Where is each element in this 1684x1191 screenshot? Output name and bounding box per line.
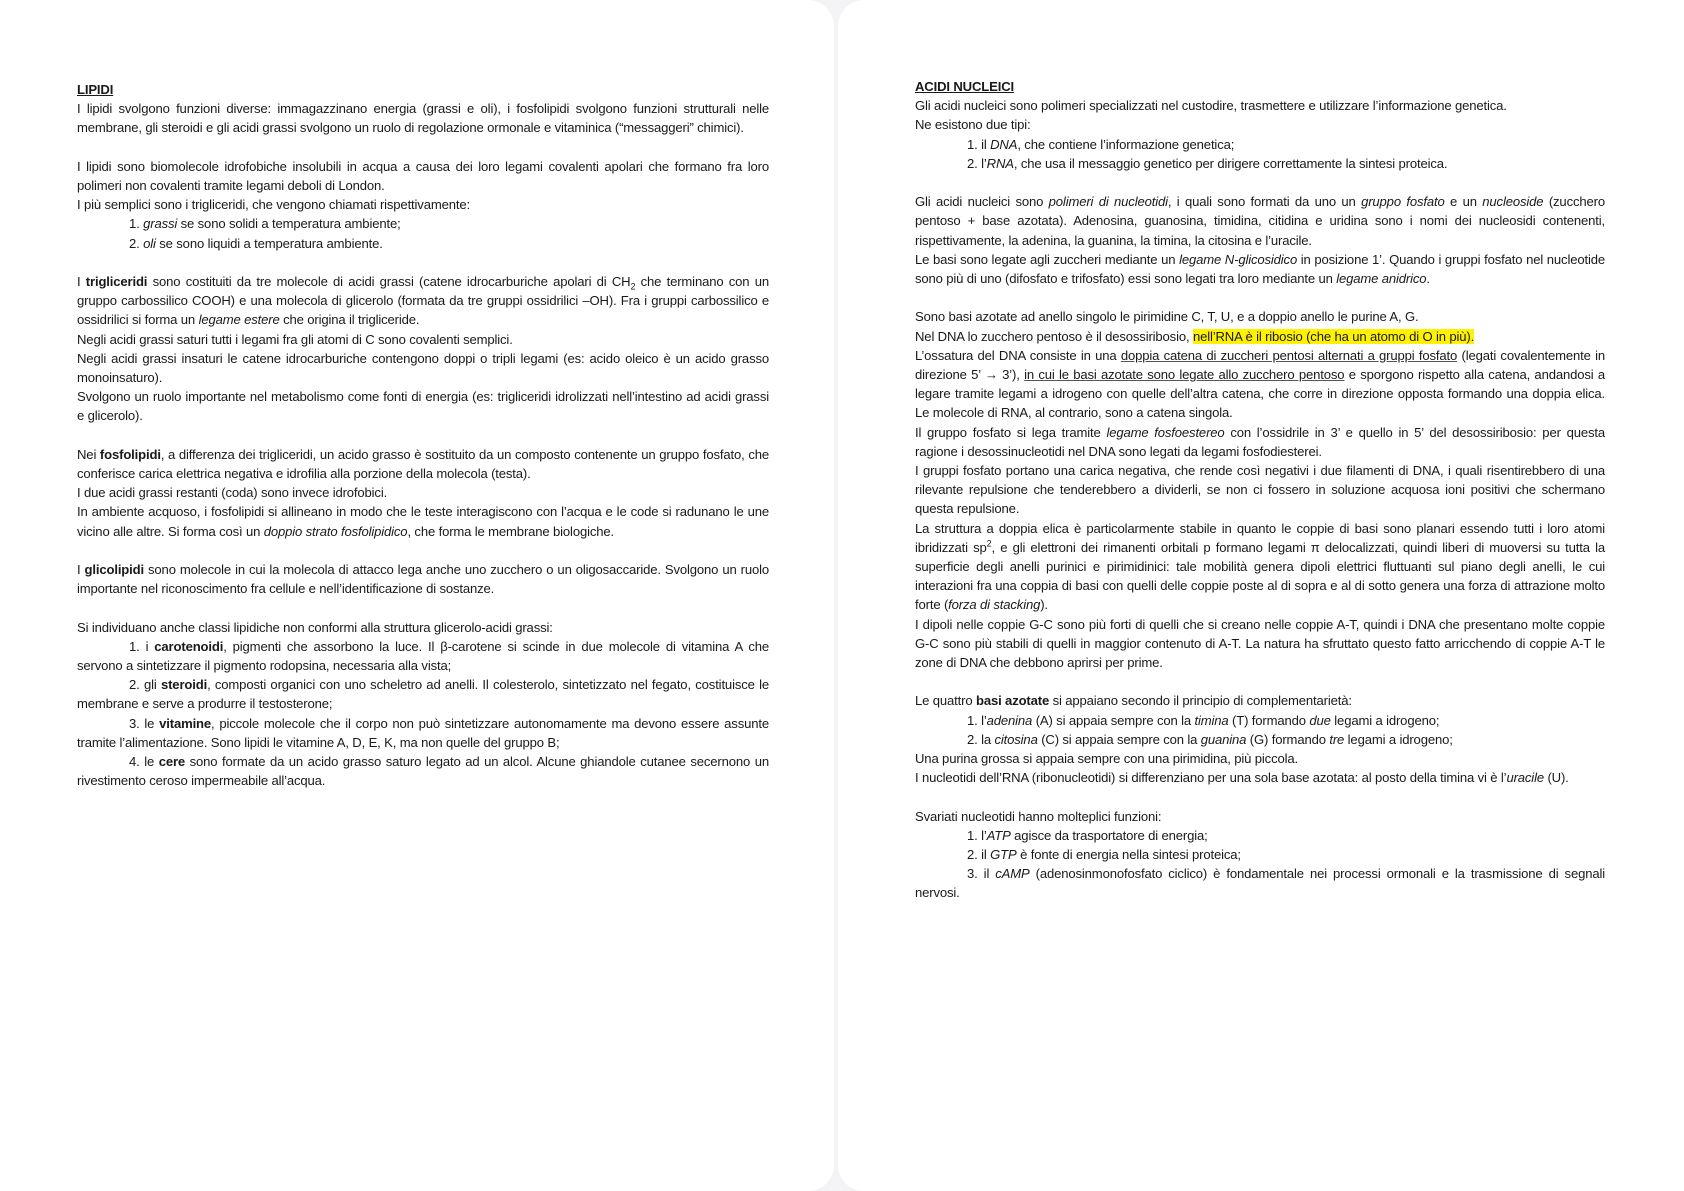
paragraph-classi-intro: Si individuano anche classi lipidiche no… xyxy=(77,618,769,637)
paragraph-coda: I due acidi grassi restanti (coda) sono … xyxy=(77,483,769,502)
list-item-cere: 4. le cere sono formate da un acido gras… xyxy=(77,752,769,790)
list-item-adenina: 1. l’adenina (A) si appaia sempre con la… xyxy=(915,711,1605,730)
list-item-steroidi: 2. gli steroidi, composti organici con u… xyxy=(77,675,769,713)
paragraph-saturi: Negli acidi grassi saturi tutti i legami… xyxy=(77,330,769,349)
paragraph-insaturi: Negli acidi grassi insaturi le catene id… xyxy=(77,349,769,387)
paragraph-uracile: I nucleotidi dell’RNA (ribonucleotidi) s… xyxy=(915,768,1605,787)
paragraph-funzioni-intro: Svariati nucleotidi hanno molteplici fun… xyxy=(915,807,1605,826)
paragraph-stabilita: La struttura a doppia elica è particolar… xyxy=(915,519,1605,615)
paragraph-semplici: I più semplici sono i trigliceridi, che … xyxy=(77,195,769,214)
document-page-right: ACIDI NUCLEICI Gli acidi nucleici sono p… xyxy=(838,0,1684,1191)
paragraph-glicolipidi: I glicolipidi sono molecole in cui la mo… xyxy=(77,560,769,598)
section-title-lipidi: LIPIDI xyxy=(77,80,769,99)
page-content: ACIDI NUCLEICI Gli acidi nucleici sono p… xyxy=(915,77,1605,903)
list-item-vitamine: 3. le vitamine, piccole molecole che il … xyxy=(77,714,769,752)
list-item-camp: 3. il cAMP (adenosinmonofosfato ciclico)… xyxy=(915,864,1605,902)
list-item-citosina: 2. la citosina (C) si appaia sempre con … xyxy=(915,730,1605,749)
paragraph-intro: I lipidi svolgono funzioni diverse: imma… xyxy=(77,99,769,137)
list-item-dna: 1. il DNA, che contiene l’informazione g… xyxy=(915,135,1605,154)
paragraph-fosfolipidi: Nei fosfolipidi, a differenza dei trigli… xyxy=(77,445,769,483)
paragraph-idrofobiche: I lipidi sono biomolecole idrofobiche in… xyxy=(77,157,769,195)
list-item-atp: 1. l’ATP agisce da trasportatore di ener… xyxy=(915,826,1605,845)
paragraph-purina: Una purina grossa si appaia sempre con u… xyxy=(915,749,1605,768)
paragraph-intro: Gli acidi nucleici sono polimeri special… xyxy=(915,96,1605,115)
paragraph-acquoso: In ambiente acquoso, i fosfolipidi si al… xyxy=(77,502,769,540)
document-page-left: LIPIDI I lipidi svolgono funzioni divers… xyxy=(0,0,834,1191)
list-item-carotenoidi: 1. i carotenoidi, pigmenti che assorbono… xyxy=(77,637,769,675)
list-item-gtp: 2. il GTP è fonte di energia nella sinte… xyxy=(915,845,1605,864)
paragraph-carica: I gruppi fosfato portano una carica nega… xyxy=(915,461,1605,519)
paragraph-legami: Le basi sono legate agli zuccheri median… xyxy=(915,250,1605,288)
highlighted-text: nell’RNA è il ribosio (che ha un atomo d… xyxy=(1193,329,1474,344)
list-item-rna: 2. l’RNA, che usa il messaggio genetico … xyxy=(915,154,1605,173)
paragraph-nucleotidi: Gli acidi nucleici sono polimeri di nucl… xyxy=(915,192,1605,250)
underlined-text: doppia catena di zuccheri pentosi altern… xyxy=(1121,348,1457,363)
section-title-acidi-nucleici: ACIDI NUCLEICI xyxy=(915,77,1605,96)
underlined-text: in cui le basi azotate sono legate allo … xyxy=(1024,367,1344,382)
paragraph-basi-anello: Sono basi azotate ad anello singolo le p… xyxy=(915,307,1605,326)
list-item-oli: 2. oli se sono liquidi a temperatura amb… xyxy=(77,234,769,253)
paragraph-trigliceridi: I trigliceridi sono costituiti da tre mo… xyxy=(77,272,769,330)
paragraph-tipi-intro: Ne esistono due tipi: xyxy=(915,115,1605,134)
page-content: LIPIDI I lipidi svolgono funzioni divers… xyxy=(77,80,769,790)
paragraph-metabolismo: Svolgono un ruolo importante nel metabol… xyxy=(77,387,769,425)
paragraph-zucchero: Nel DNA lo zucchero pentoso è il desossi… xyxy=(915,327,1605,346)
paragraph-complementarieta: Le quattro basi azotate si appaiano seco… xyxy=(915,691,1605,710)
paragraph-dipoli: I dipoli nelle coppie G-C sono più forti… xyxy=(915,615,1605,673)
paragraph-fosfoestere: Il gruppo fosfato si lega tramite legame… xyxy=(915,423,1605,461)
paragraph-ossatura: L’ossatura del DNA consiste in una doppi… xyxy=(915,346,1605,423)
list-item-grassi: 1. grassi se sono solidi a temperatura a… xyxy=(77,214,769,233)
